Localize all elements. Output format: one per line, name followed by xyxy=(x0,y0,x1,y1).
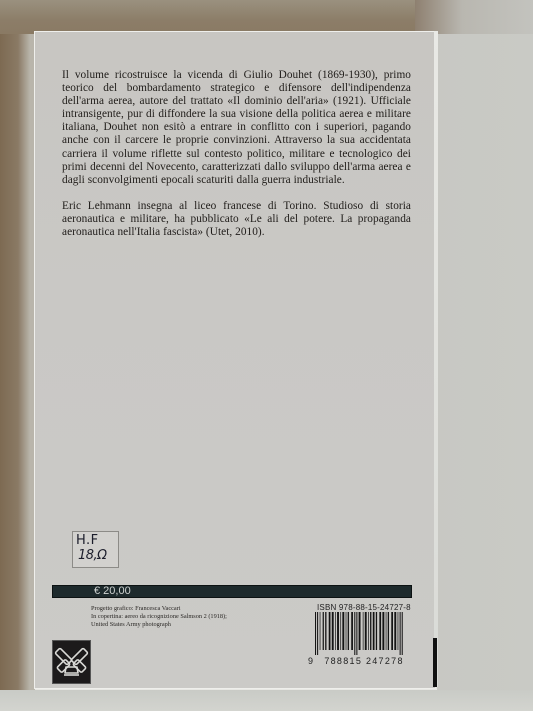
description-paragraph: Il volume ricostruisce la vicenda di Giu… xyxy=(62,69,411,187)
background-wall xyxy=(415,0,533,34)
sticker-line-1: H.F xyxy=(76,533,99,548)
sticker-line-2: 18,Ω xyxy=(78,548,107,563)
credit-cover-image: In copertina: aereo da ricognizione Salm… xyxy=(91,613,227,621)
isbn-label: ISBN 978-88-15-24727-8 xyxy=(317,603,411,612)
barcode-rest-digits: 788815 247278 xyxy=(324,656,403,666)
barcode-digits: 9788815 247278 xyxy=(308,656,404,666)
background-surface xyxy=(0,690,533,711)
windmill-icon xyxy=(53,641,90,683)
spine-mark xyxy=(433,638,437,687)
barcode xyxy=(315,612,403,655)
price-label: € 20,00 xyxy=(94,585,131,597)
author-bio: Eric Lehmann insegna al liceo francese d… xyxy=(62,200,411,239)
handwritten-price-sticker: H.F 18,Ω xyxy=(72,531,119,568)
credit-design: Progetto grafico: Francesca Vaccari xyxy=(91,605,227,613)
credit-photo: United States Army photograph xyxy=(91,621,227,629)
book-spine-edge xyxy=(434,31,438,687)
publisher-logo xyxy=(52,640,91,684)
barcode-lead-digit: 9 xyxy=(308,656,314,666)
price-bar: € 20,00 xyxy=(52,585,412,598)
credits: Progetto grafico: Francesca Vaccari In c… xyxy=(91,605,227,629)
blurb: Il volume ricostruisce la vicenda di Giu… xyxy=(62,69,411,252)
